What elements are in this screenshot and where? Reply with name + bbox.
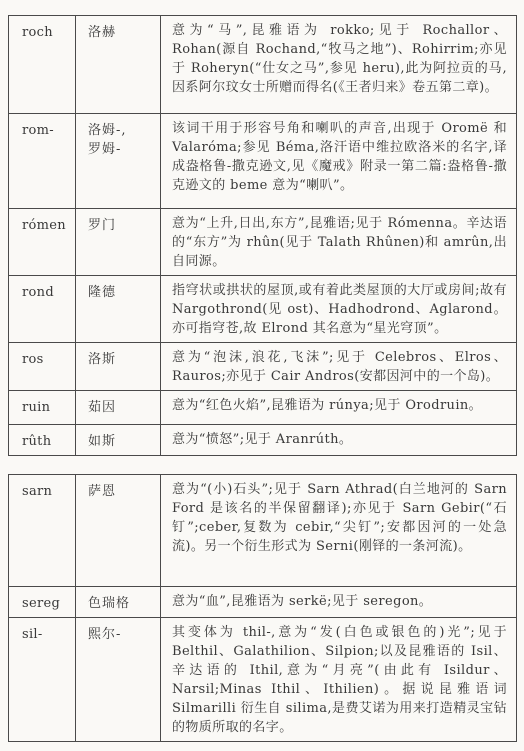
term-cell: rond xyxy=(9,276,76,343)
glossary-row-ros: ros 洛斯 意为“泡沫,浪花,飞沫”;见于 Celebros、Elros、Ra… xyxy=(9,343,517,391)
description-cell: 意为“(小)石头”;见于 Sarn Athrad(白兰地河的 Sarn Ford… xyxy=(161,475,517,587)
glossary-table-r: roch 洛赫 意为“马”,昆雅语为 rokko;见于 Rochallor、Ro… xyxy=(8,15,517,456)
glossary-row-sarn: sarn 萨恩 意为“(小)石头”;见于 Sarn Athrad(白兰地河的 S… xyxy=(9,475,517,587)
translit-cell: 洛斯 xyxy=(76,343,161,391)
term-cell: rómen xyxy=(9,209,76,276)
translit-cell: 色瑞格 xyxy=(76,587,161,618)
description-cell: 意为“红色火焰”,昆雅语为 rúnya;见于 Orodruin。 xyxy=(161,391,517,425)
term-cell: roch xyxy=(9,16,76,114)
book-page: roch 洛赫 意为“马”,昆雅语为 rokko;见于 Rochallor、Ro… xyxy=(0,0,524,751)
translit-cell: 萨恩 xyxy=(76,475,161,587)
translit-cell: 洛姆-, 罗姆- xyxy=(76,114,161,209)
translit-cell: 罗门 xyxy=(76,209,161,276)
description-cell: 意为“泡沫,浪花,飞沫”;见于 Celebros、Elros、Rauros;亦见… xyxy=(161,343,517,391)
glossary-row-roch: roch 洛赫 意为“马”,昆雅语为 rokko;见于 Rochallor、Ro… xyxy=(9,16,517,114)
term-cell: sereg xyxy=(9,587,76,618)
glossary-row-ruth: rûth 如斯 意为“愤怒”;见于 Aranrúth。 xyxy=(9,425,517,456)
translit-cell: 隆德 xyxy=(76,276,161,343)
glossary-table-s: sarn 萨恩 意为“(小)石头”;见于 Sarn Athrad(白兰地河的 S… xyxy=(8,474,517,742)
translit-cell: 茹因 xyxy=(76,391,161,425)
translit-cell: 洛赫 xyxy=(76,16,161,114)
description-cell: 意为“上升,日出,东方”,昆雅语;见于 Rómenna。辛达语的“东方”为 rh… xyxy=(161,209,517,276)
glossary-row-sil: sil- 熙尔- 其变体为 thil-,意为“发(白色或银色的)光”;见于 Be… xyxy=(9,618,517,742)
description-cell: 意为“马”,昆雅语为 rokko;见于 Rochallor、Rohan(源自 R… xyxy=(161,16,517,114)
description-cell: 指穹状或拱状的屋顶,或有着此类屋顶的大厅或房间;故有 Nargothrond(见… xyxy=(161,276,517,343)
glossary-row-rond: rond 隆德 指穹状或拱状的屋顶,或有着此类屋顶的大厅或房间;故有 Nargo… xyxy=(9,276,517,343)
glossary-row-sereg: sereg 色瑞格 意为“血”,昆雅语为 serkë;见于 seregon。 xyxy=(9,587,517,618)
description-cell: 意为“血”,昆雅语为 serkë;见于 seregon。 xyxy=(161,587,517,618)
translit-cell: 如斯 xyxy=(76,425,161,456)
description-cell: 其变体为 thil-,意为“发(白色或银色的)光”;见于 Belthil、Gal… xyxy=(161,618,517,742)
glossary-row-romen: rómen 罗门 意为“上升,日出,东方”,昆雅语;见于 Rómenna。辛达语… xyxy=(9,209,517,276)
translit-cell: 熙尔- xyxy=(76,618,161,742)
term-cell: rûth xyxy=(9,425,76,456)
term-cell: rom- xyxy=(9,114,76,209)
term-cell: ros xyxy=(9,343,76,391)
term-cell: sarn xyxy=(9,475,76,587)
glossary-row-ruin: ruin 茹因 意为“红色火焰”,昆雅语为 rúnya;见于 Orodruin。 xyxy=(9,391,517,425)
glossary-row-rom: rom- 洛姆-, 罗姆- 该词干用于形容号角和喇叭的声音,出现于 Oromë … xyxy=(9,114,517,209)
term-cell: sil- xyxy=(9,618,76,742)
description-cell: 意为“愤怒”;见于 Aranrúth。 xyxy=(161,425,517,456)
description-cell: 该词干用于形容号角和喇叭的声音,出现于 Oromë 和 Valaróma;参见 … xyxy=(161,114,517,209)
term-cell: ruin xyxy=(9,391,76,425)
